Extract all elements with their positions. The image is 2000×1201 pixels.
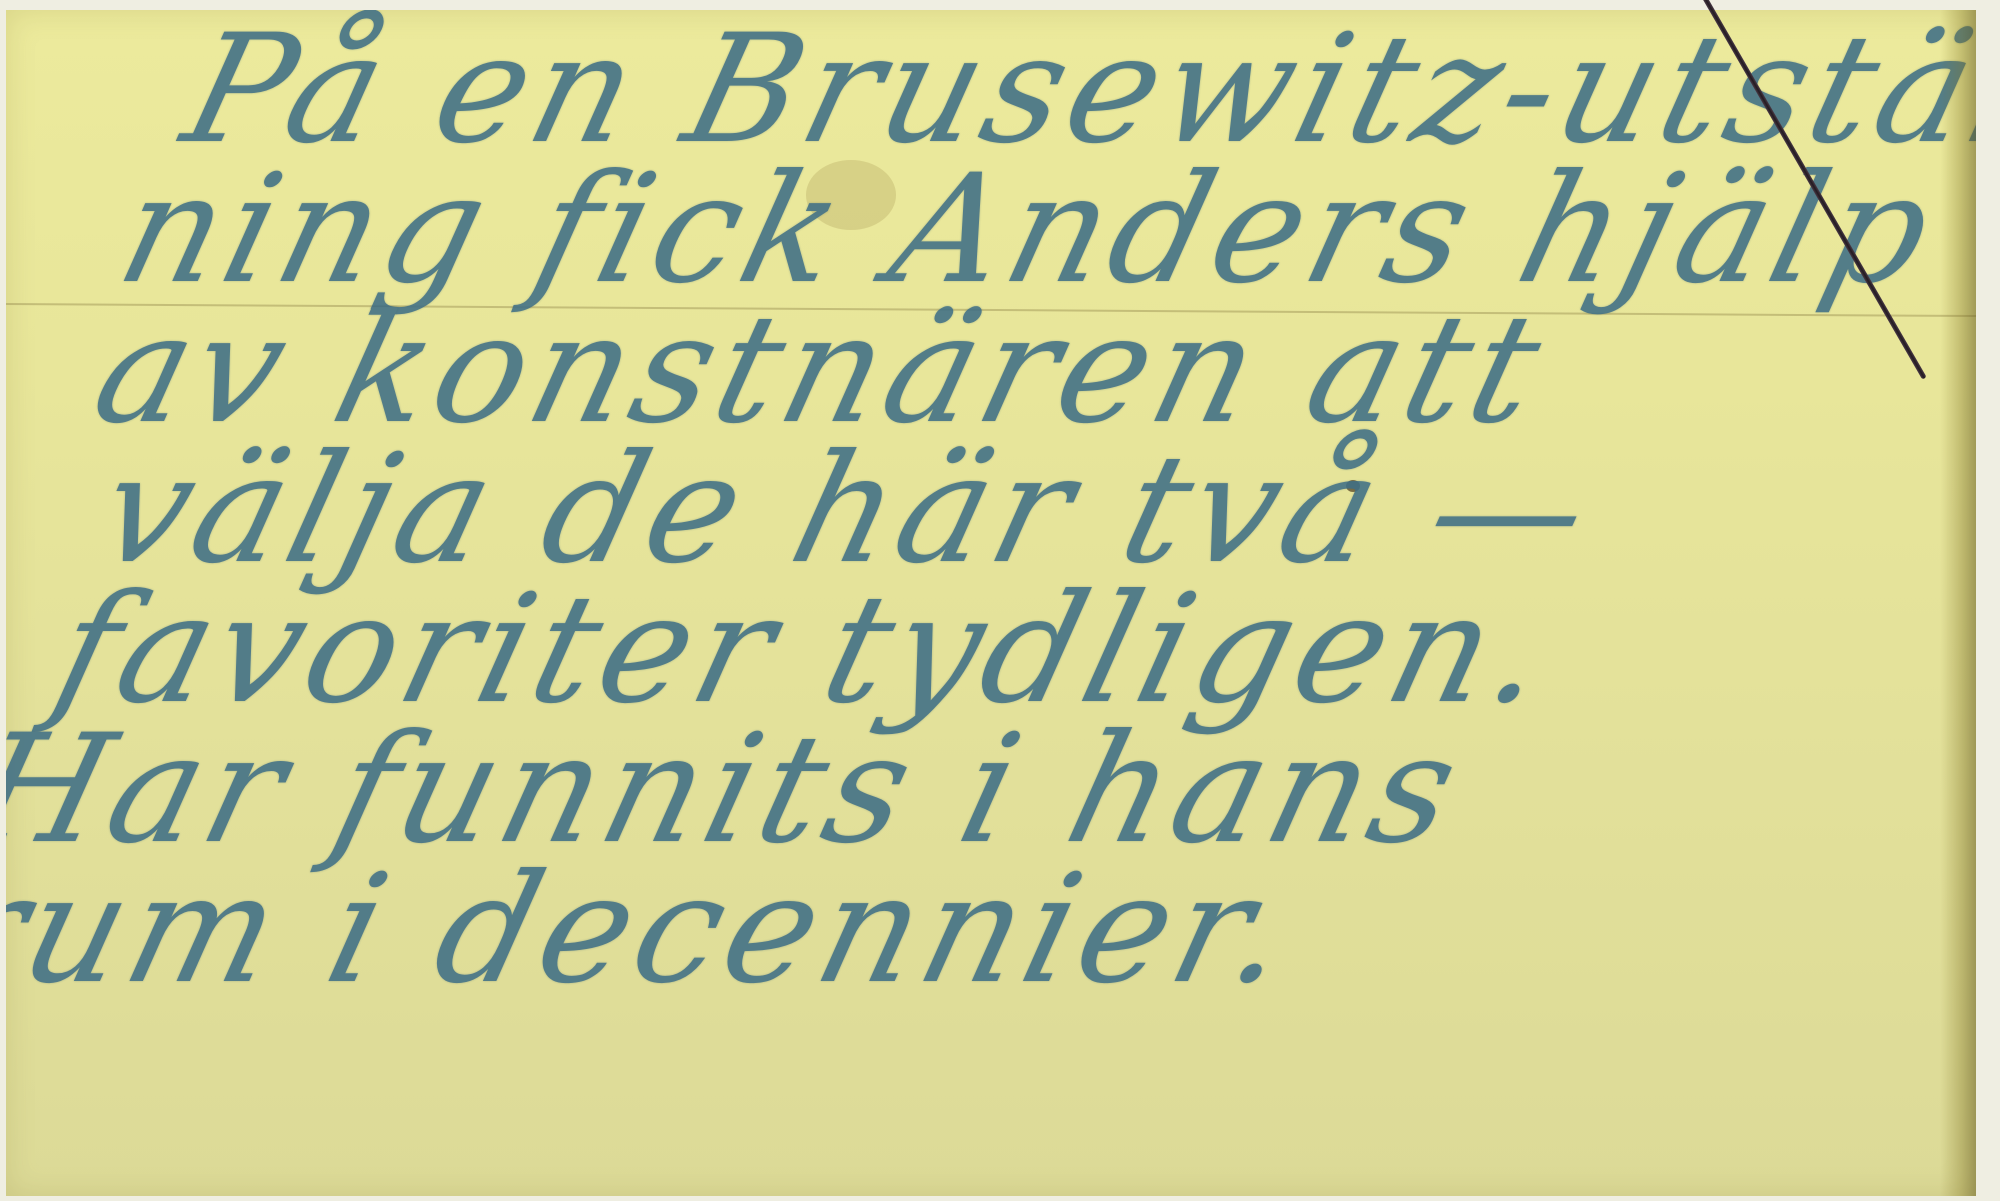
handwritten-line: favoriter tydligen.: [6, 580, 1929, 720]
yellow-note-paper: På en Brusewitz-utställ- ning fick Ander…: [6, 10, 1976, 1196]
handwritten-line: rum i decennier.: [6, 860, 1859, 1000]
handwritten-text: På en Brusewitz-utställ- ning fick Ander…: [6, 20, 1976, 1000]
handwritten-line: av konstnären att: [63, 300, 1976, 440]
paper-shadow-edge: [1940, 10, 1976, 1196]
handwritten-line: Har funnits i hans: [6, 720, 1894, 860]
handwritten-line: ning fick Anders hjälp: [98, 160, 1976, 300]
handwritten-line: På en Brusewitz-utställ-: [133, 20, 1976, 160]
handwritten-line: välja de här två —: [29, 440, 1964, 580]
photo-frame: På en Brusewitz-utställ- ning fick Ander…: [0, 0, 2000, 1201]
